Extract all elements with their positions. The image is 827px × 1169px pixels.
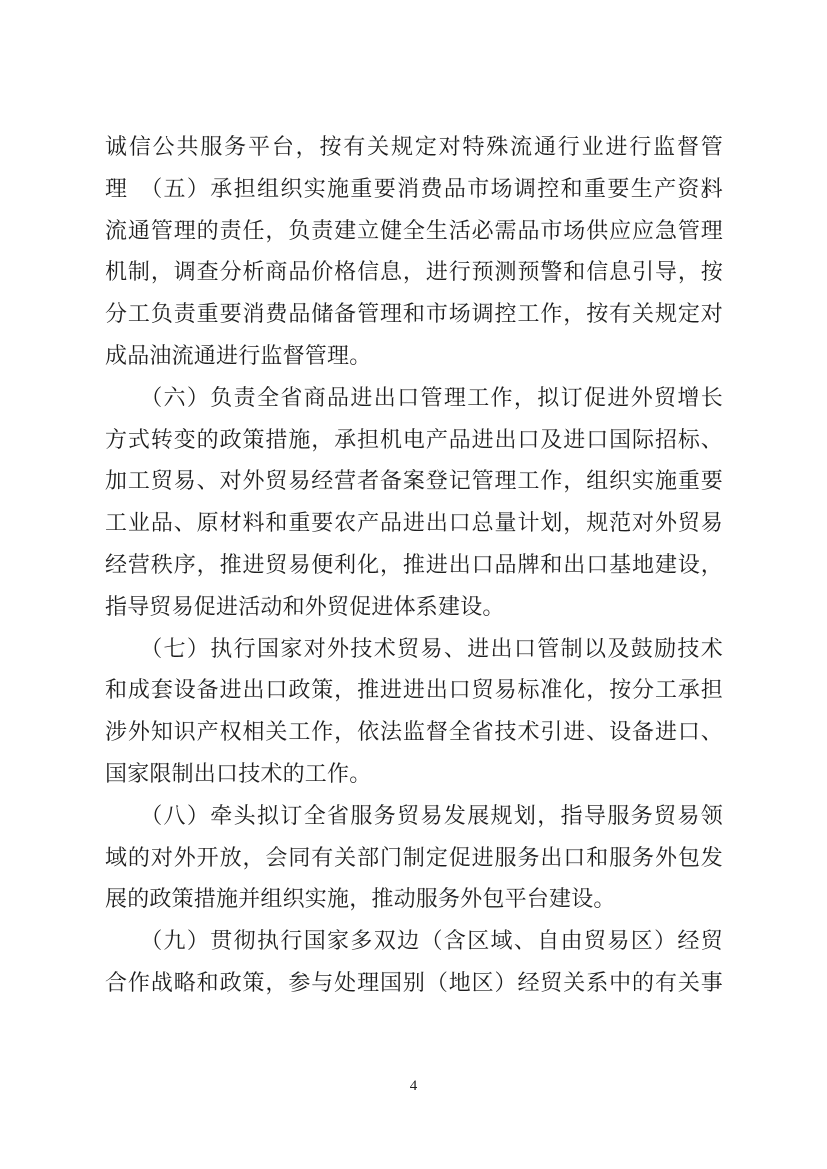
- text-line: 机制，调查分析商品价格信息，进行预测预警和信息引导，按: [105, 251, 723, 293]
- page-number: 4: [0, 1078, 827, 1095]
- text-line: 指导贸易促进活动和外贸促进体系建设。: [105, 586, 723, 628]
- text-line: 分工负责重要消费品储备管理和市场调控工作，按有关规定对: [105, 293, 723, 335]
- text-line: 方式转变的政策措施，承担机电产品进出口及进口国际招标、: [105, 419, 723, 461]
- text-line: 成品油流通进行监督管理。: [105, 335, 723, 377]
- document-body: 诚信公共服务平台，按有关规定对特殊流通行业进行监督管理。（五）承担组织实施重要消…: [105, 126, 723, 1004]
- text-line: 国家限制出口技术的工作。: [105, 753, 723, 795]
- text-line: 诚信公共服务平台，按有关规定对特殊流通行业进行监督管理。: [105, 126, 723, 168]
- text-line: （七）执行国家对外技术贸易、进出口管制以及鼓励技术: [105, 628, 723, 670]
- text-line: （五）承担组织实施重要消费品市场调控和重要生产资料: [105, 168, 723, 210]
- text-line: （八）牵头拟订全省服务贸易发展规划，指导服务贸易领: [105, 795, 723, 837]
- text-line: 工业品、原材料和重要农产品进出口总量计划，规范对外贸易: [105, 502, 723, 544]
- text-line: 涉外知识产权相关工作，依法监督全省技术引进、设备进口、: [105, 711, 723, 753]
- text-line: 域的对外开放，会同有关部门制定促进服务出口和服务外包发: [105, 837, 723, 879]
- text-line: 加工贸易、对外贸易经营者备案登记管理工作，组织实施重要: [105, 460, 723, 502]
- text-line: 合作战略和政策，参与处理国别（地区）经贸关系中的有关事: [105, 962, 723, 1004]
- text-line: 流通管理的责任，负责建立健全生活必需品市场供应应急管理: [105, 210, 723, 252]
- text-line: 展的政策措施并组织实施，推动服务外包平台建设。: [105, 878, 723, 920]
- text-line: 经营秩序，推进贸易便利化，推进出口品牌和出口基地建设，: [105, 544, 723, 586]
- document-page: 诚信公共服务平台，按有关规定对特殊流通行业进行监督管理。（五）承担组织实施重要消…: [0, 0, 827, 1169]
- text-line: （九）贯彻执行国家多双边（含区域、自由贸易区）经贸: [105, 920, 723, 962]
- text-line: 和成套设备进出口政策，推进进出口贸易标准化，按分工承担: [105, 669, 723, 711]
- text-line: （六）负责全省商品进出口管理工作，拟订促进外贸增长: [105, 377, 723, 419]
